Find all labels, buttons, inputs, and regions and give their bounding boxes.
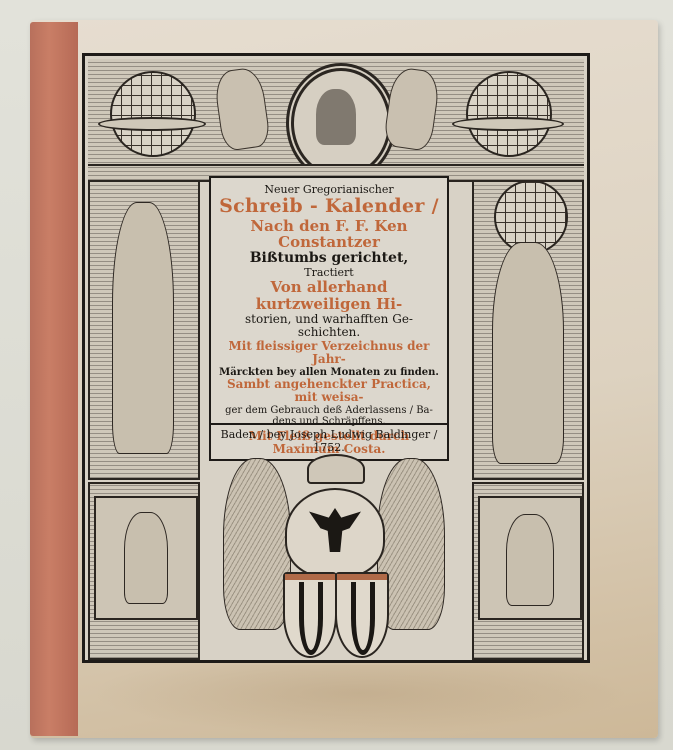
cherub-left xyxy=(213,66,272,152)
left-pillar xyxy=(88,180,200,480)
title-line-11: Sambt angehenckter Practica, mit weisa- xyxy=(217,378,441,405)
title-line-7: storien, und warhafften Ge- xyxy=(217,313,441,326)
title-main: Schreib - Kalender / xyxy=(217,196,441,217)
title-line-10: Märckten bey allen Monaten zu finden. xyxy=(217,367,441,378)
putto-vignette xyxy=(94,496,198,620)
crown-icon xyxy=(307,454,365,484)
double-headed-eagle-icon xyxy=(309,508,361,552)
title-line-8: schichten. xyxy=(217,326,441,339)
laureate-portrait-icon xyxy=(316,89,356,145)
shield-rim xyxy=(337,574,387,580)
shield-stripe xyxy=(299,582,323,655)
title-line-12: ger dem Gebrauch deß Aderlassens / Ba- xyxy=(217,405,441,416)
red-spine xyxy=(30,22,78,736)
woodcut-frame: Neuer Gregorianischer Schreib - Kalender… xyxy=(82,53,590,663)
scholar-figure-icon xyxy=(112,202,174,454)
armillary-globe-icon xyxy=(110,71,196,157)
title-panel: Neuer Gregorianischer Schreib - Kalender… xyxy=(209,176,449,461)
title-line-9: Mit fleissiger Verzeichnus der Jahr- xyxy=(217,340,441,367)
cherub-right xyxy=(383,66,442,152)
globe-stand-left xyxy=(98,117,206,131)
title-line-3: Nach den F. F. Ken Constantzer xyxy=(217,218,441,252)
globe-stand-right xyxy=(452,117,564,131)
atlas-figure-icon xyxy=(492,242,564,464)
shield-rim xyxy=(285,574,335,580)
shield-left xyxy=(283,572,337,658)
right-pillar xyxy=(472,180,584,480)
top-illustration-band xyxy=(88,59,584,167)
bottom-right-block xyxy=(472,482,584,660)
bottom-left-block xyxy=(88,482,200,660)
paper-stain xyxy=(90,665,630,735)
seated-woman-icon xyxy=(506,514,554,606)
lion-left-icon xyxy=(223,458,291,630)
eagle-shield xyxy=(285,488,385,578)
seated-woman-vignette xyxy=(478,496,582,620)
terrestrial-globe-icon xyxy=(466,71,552,157)
putto-figure-icon xyxy=(124,512,168,604)
coat-of-arms xyxy=(203,454,463,659)
shield-stripe xyxy=(351,582,375,655)
title-line-4: Bißtumbs gerichtet, xyxy=(217,251,441,267)
title-line-6: Von allerhand kurtzweiligen Hi- xyxy=(217,279,441,313)
shield-right xyxy=(335,572,389,658)
